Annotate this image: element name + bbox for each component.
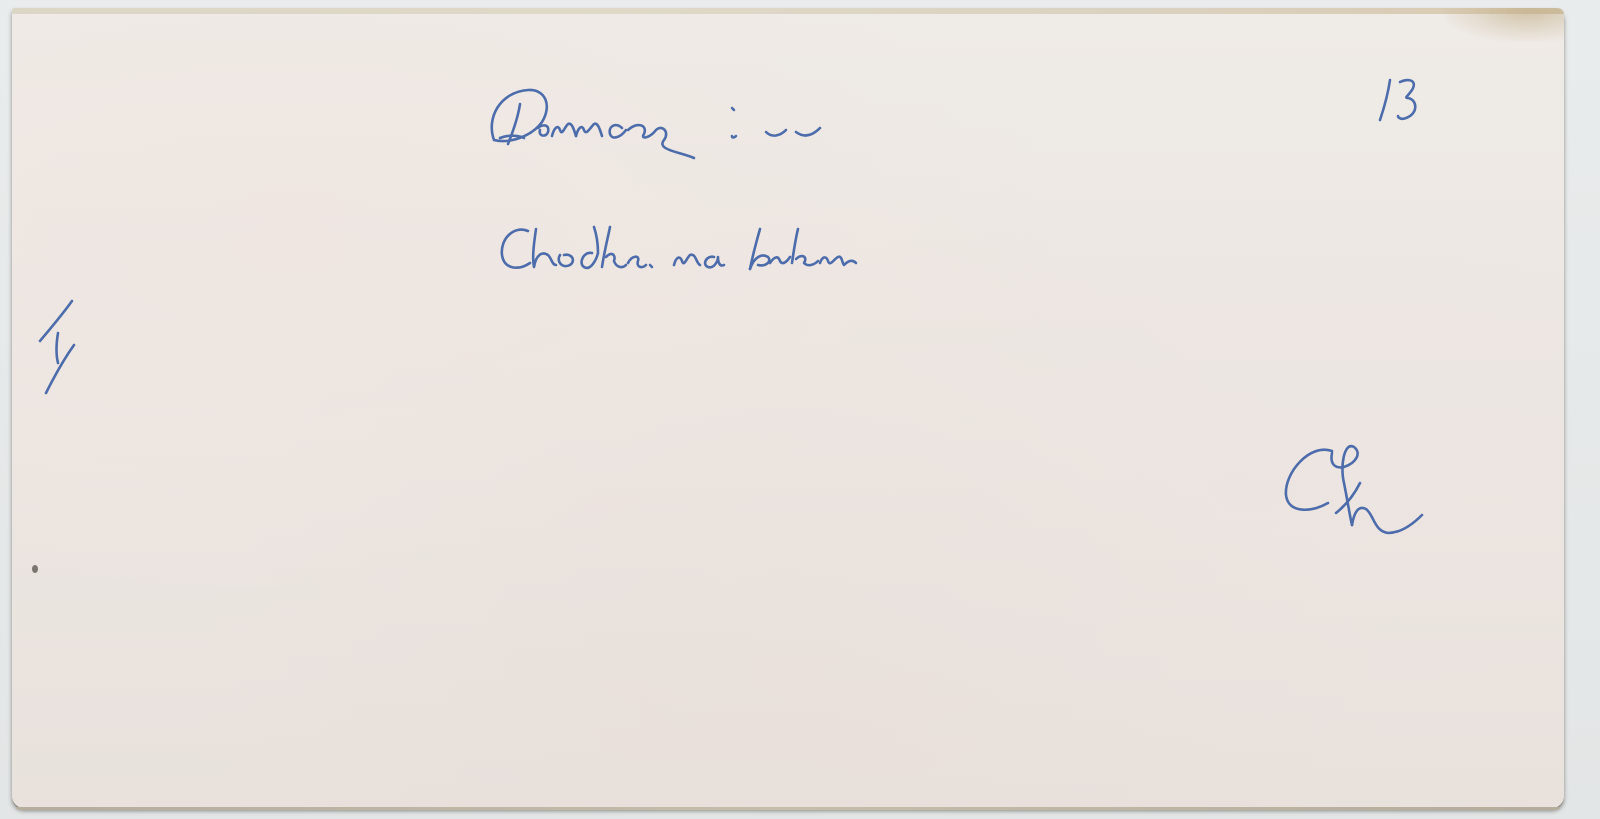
handwritten-initials: Ch — [1270, 433, 1430, 543]
handwritten-side-mark: 1/ — [26, 293, 86, 403]
card-top-edge — [12, 8, 1564, 14]
handwriting-heading-strokes — [480, 78, 860, 178]
handwriting-caption-strokes — [492, 213, 1052, 298]
paper-speck — [32, 565, 38, 573]
handwritten-heading: Domacz : ... — [480, 78, 860, 178]
handwritten-number: 13 — [1362, 70, 1432, 130]
handwriting-side-mark-strokes — [26, 293, 86, 403]
scan-background: Domacz : ... Chodka na buku — [0, 0, 1600, 819]
handwriting-number-strokes — [1362, 70, 1432, 130]
photo-card-back: Domacz : ... Chodka na buku — [12, 8, 1564, 808]
handwriting-initials-strokes — [1270, 433, 1430, 543]
handwritten-caption: Chodka na buku — [492, 213, 1052, 298]
card-bottom-edge — [16, 807, 1560, 810]
age-stain — [1444, 8, 1564, 42]
